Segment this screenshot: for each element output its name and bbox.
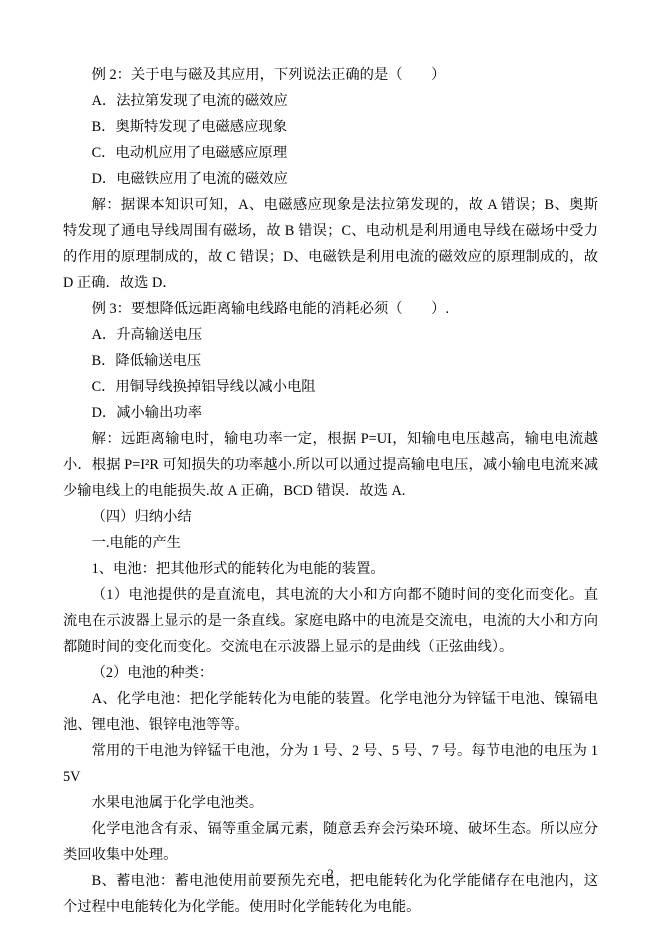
example2-option-d: D．电磁铁应用了电流的磁效应 [63,166,598,192]
para-dry-battery: 常用的干电池为锌锰干电池，分为 1 号、2 号、5 号、7 号。每节电池的电压为… [63,738,598,790]
example2-option-b: B．奥斯特发现了电磁感应现象 [63,114,598,140]
para-battery-recycling: 化学电池含有汞、镉等重金属元素，随意丢弃会污染环境、破坏生态。所以应分类回收集中… [63,816,598,868]
item-battery-definition: 1、电池：把其他形式的能转化为电能的装置。 [63,556,598,582]
example3-option-d: D．减小输出功率 [63,400,598,426]
para-dc-ac-description: （1）电池提供的是直流电，其电流的大小和方向都不随时间的变化而变化。直流电在示波… [63,582,598,660]
document-body: 例 2：关于电与磁及其应用，下列说法正确的是（ ） A．法拉第发现了电流的磁效应… [63,62,598,920]
page-number: 2 [0,866,661,881]
example3-option-a: A．升高输送电压 [63,322,598,348]
example3-question: 例 3：要想降低远距离输电线路电能的消耗必须（ ）. [63,296,598,322]
example2-question: 例 2：关于电与磁及其应用，下列说法正确的是（ ） [63,62,598,88]
example3-solution: 解：远距离输电时，输电功率一定，根据 P=UI，知输电电压越高，输电电流越小．根… [63,426,598,504]
example2-option-a: A．法拉第发现了电流的磁效应 [63,88,598,114]
example2-option-c: C．电动机应用了电磁感应原理 [63,140,598,166]
section-heading-summary: （四）归纳小结 [63,504,598,530]
para-fruit-battery: 水果电池属于化学电池类。 [63,790,598,816]
para-chemical-battery: A、化学电池：把化学能转化为电能的装置。化学电池分为锌锰干电池、镍镉电池、锂电池… [63,686,598,738]
example2-solution: 解：据课本知识可知，A、电磁感应现象是法拉第发现的，故 A 错误；B、奥斯特发现… [63,192,598,296]
example3-option-b: B．降低输送电压 [63,348,598,374]
example3-option-c: C．用铜导线换掉铝导线以减小电阻 [63,374,598,400]
item-battery-types-heading: （2）电池的种类： [63,660,598,686]
document-page: 例 2：关于电与磁及其应用，下列说法正确的是（ ） A．法拉第发现了电流的磁效应… [0,0,661,936]
heading-electric-energy-generation: 一.电能的产生 [63,530,598,556]
